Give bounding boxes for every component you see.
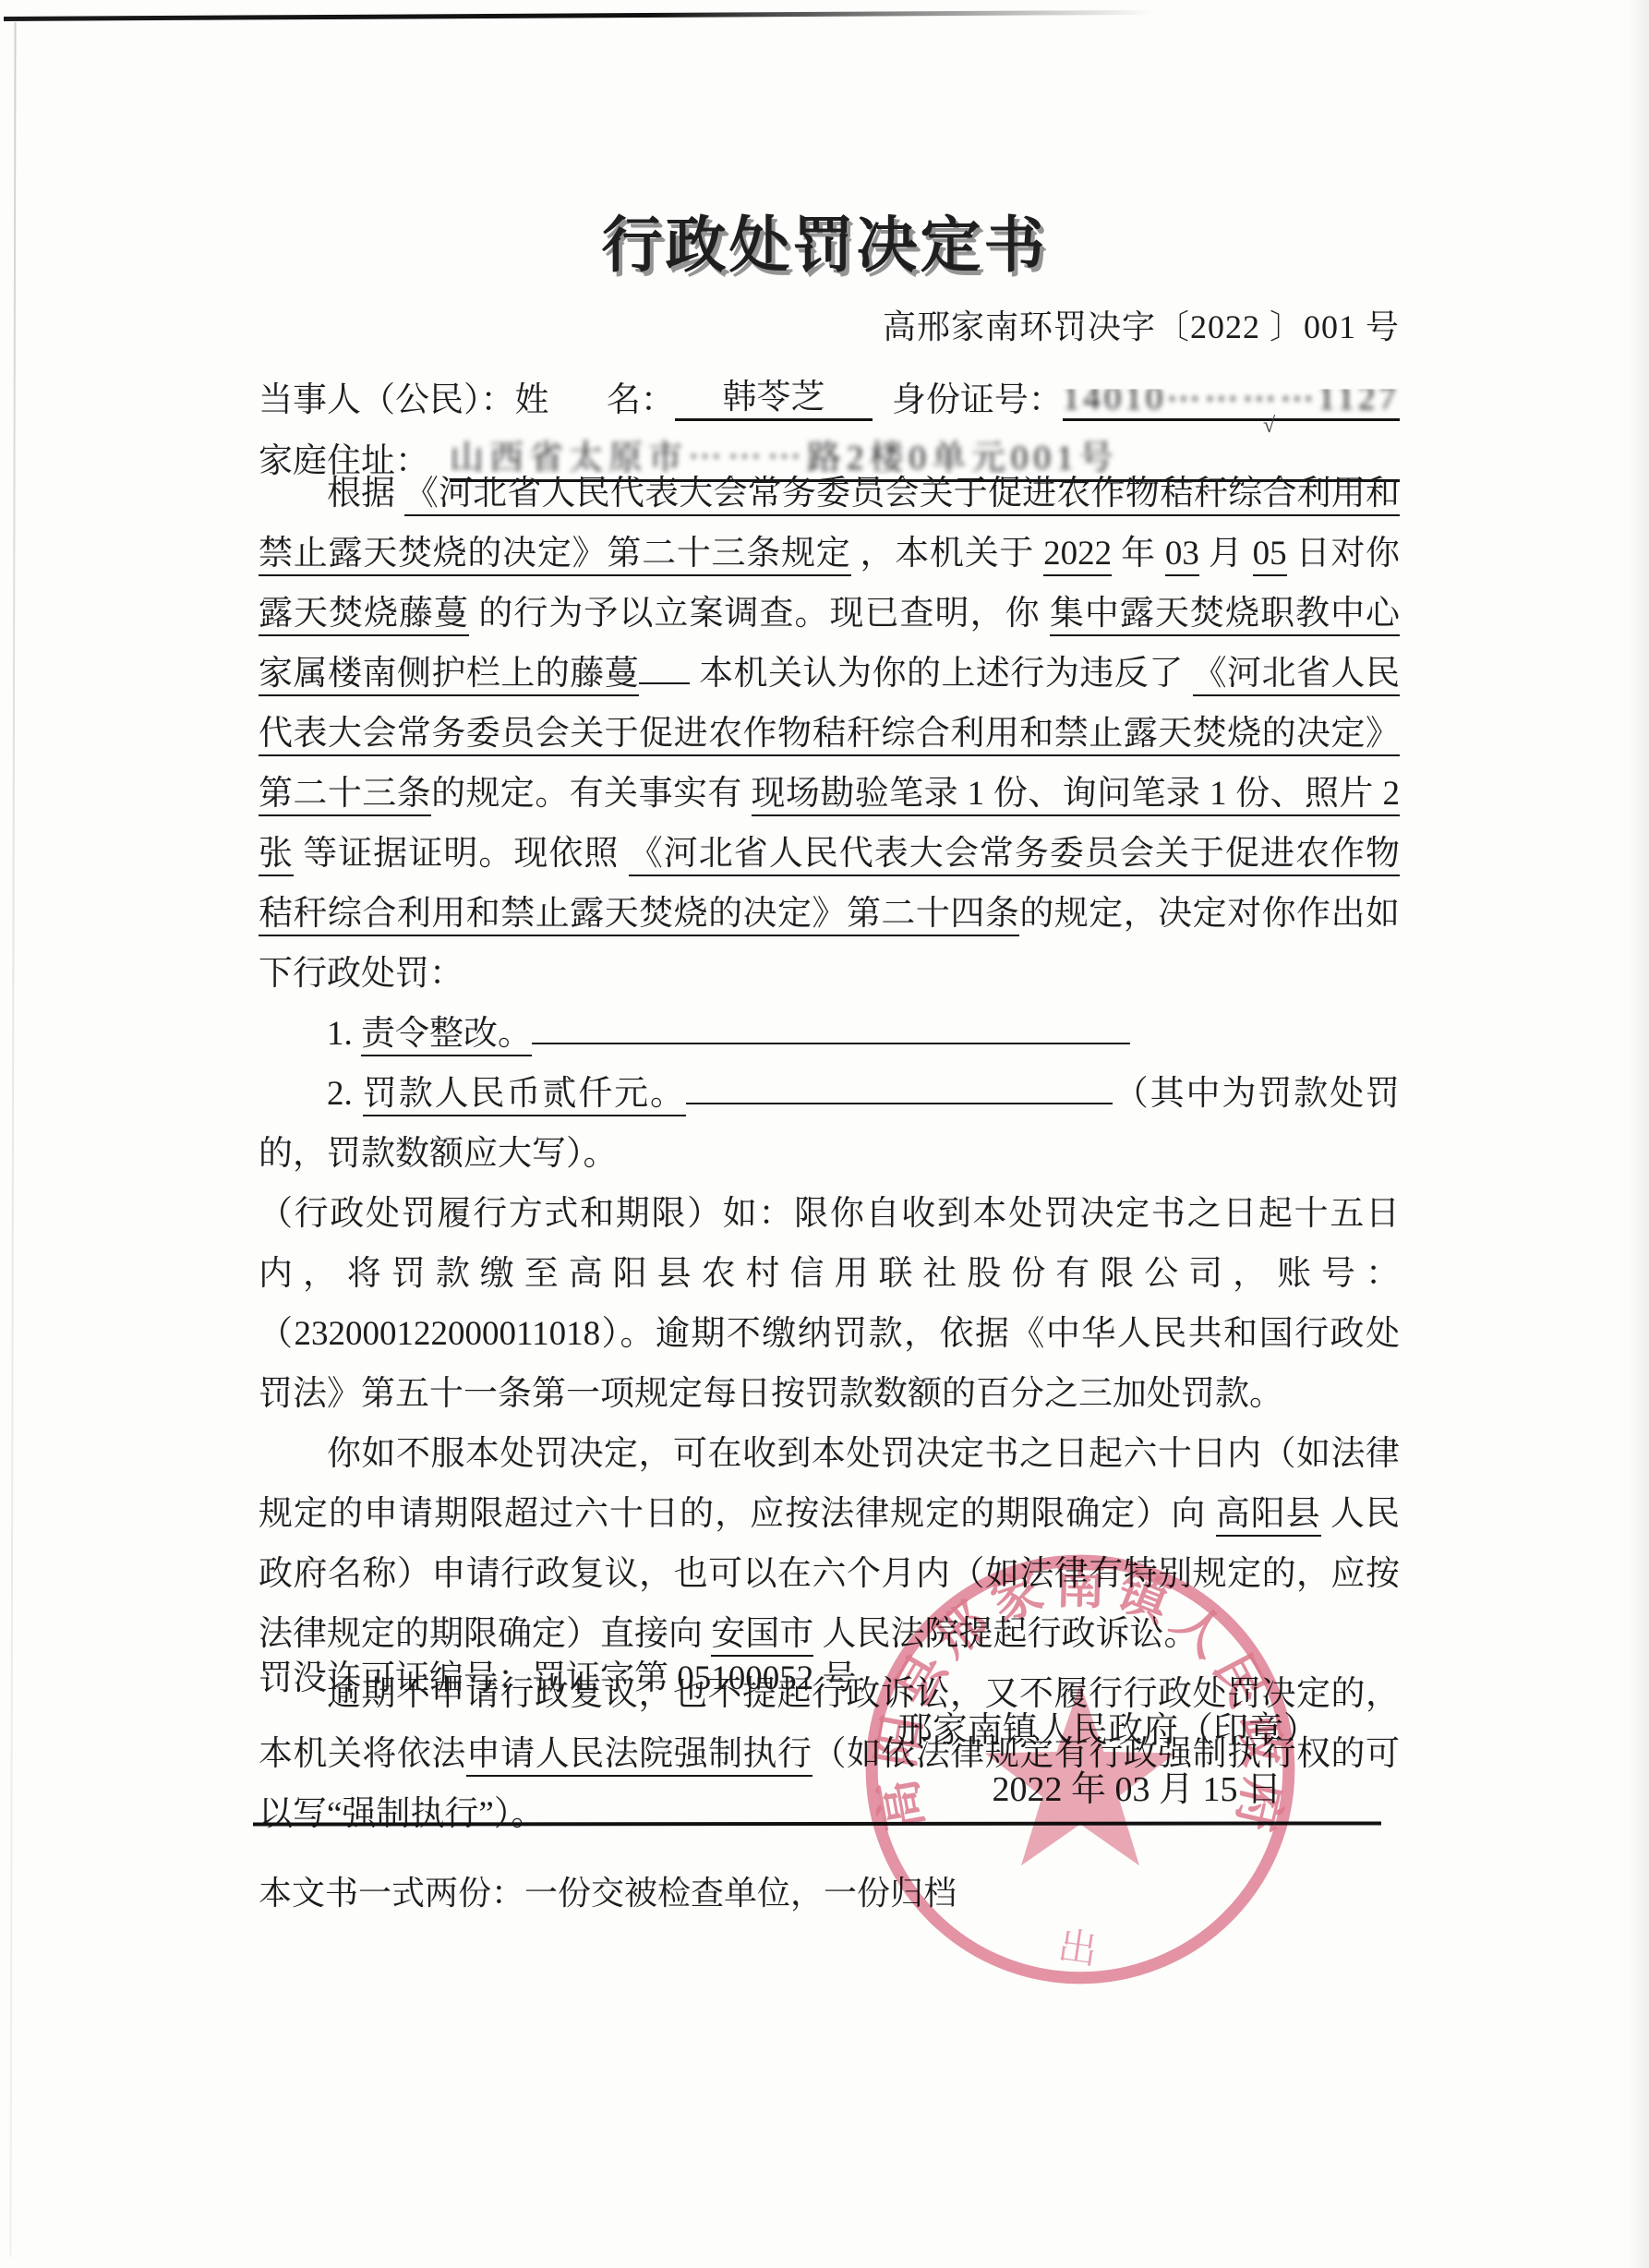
paragraph: 根据 《河北省人民代表大会常务委员会关于促进农作物秸秆综合利用和禁止露天焚烧的决…	[259, 464, 1400, 1004]
name-label: 名：	[607, 371, 675, 421]
body-text: 月	[1199, 535, 1253, 573]
body-text: 的行为予以立案调查。现已查明，你	[469, 595, 1050, 633]
body-flow: 根据 《河北省人民代表大会常务委员会关于促进农作物秸秆综合利用和禁止露天焚烧的决…	[259, 464, 1400, 1844]
permit-number-line: 罚没许可证编号：罚证字第 05100052 号	[259, 1649, 857, 1699]
filled-blank-text: 露天焚烧藤蔓	[259, 595, 469, 636]
document-title: 行政处罚决定书	[0, 196, 1649, 283]
id-number-field: 14010⋯⋯⋯⋯1127	[1063, 378, 1400, 421]
signature-unit-text: 邢家南镇人民政府（印章）	[897, 1711, 1318, 1750]
scanned-document-page: 行政处罚决定书 高邢家南环罚决字〔2022 〕001 号 当事人（公民）：姓 名…	[0, 0, 1649, 2268]
filled-blank-text: 05	[1253, 535, 1287, 576]
paragraph: 2. 罚款人民币贰仟元。（其中为罚款处罚的，罚款数额应大写）。	[259, 1064, 1400, 1184]
filled-blank-text: 2022	[1043, 535, 1112, 576]
body-text: 等证据证明。现依照	[294, 835, 629, 873]
signature-unit-line: 邢家南镇人民政府（印章）	[259, 1701, 1400, 1752]
body-text: 本机关认为你的上述行为违反了	[690, 655, 1192, 693]
body-text: 的规定。有关事实有	[431, 775, 751, 813]
footer-note: 本文书一式两份：一份交被检查单位，一份归档	[259, 1867, 957, 1914]
paragraph: （行政处罚履行方式和期限）如：限你自收到本处罚决定书之日起十五日内，将罚款缴至高…	[259, 1184, 1400, 1424]
scan-edge-right	[1627, 0, 1649, 2268]
blank-underline	[639, 645, 690, 684]
scan-edge-left	[9, 22, 16, 2257]
body-text: 年	[1112, 535, 1165, 573]
body-text: 人民法院提起行政诉讼。	[813, 1615, 1198, 1653]
filled-blank-text: 高阳县	[1216, 1495, 1321, 1537]
name-value: 韩苓芝	[722, 379, 824, 416]
signature-date-text: 2022 年 03 月 15 日	[992, 1770, 1282, 1809]
blank-underline	[532, 1005, 1130, 1044]
party-name-row: 当事人（公民）：姓 名： 韩苓芝 身份证号： 14010⋯⋯⋯⋯1127	[259, 360, 1400, 421]
document-number: 高邢家南环罚决字〔2022 〕001 号	[249, 301, 1400, 348]
paragraph: 你如不服本处罚决定，可在收到本处罚决定书之日起六十日内（如法律规定的申请期限超过…	[259, 1424, 1400, 1664]
checkmark-artifact: √	[1263, 414, 1275, 439]
id-label: 身份证号：	[892, 371, 1063, 421]
body-text: 日对你	[1287, 535, 1400, 573]
seal-bottom-glyph: 出	[1055, 1924, 1100, 1972]
filled-blank-text: 03	[1165, 535, 1199, 576]
signature-date-line: 2022 年 03 月 15 日	[259, 1760, 1400, 1811]
scan-edge-top	[4, 10, 1176, 21]
paragraph: 1. 责令整改。	[259, 1004, 1400, 1064]
id-number-redacted: 14010⋯⋯⋯⋯1127	[1063, 378, 1400, 418]
body-text: 根据	[327, 475, 404, 513]
party-label: 当事人（公民）：姓	[259, 371, 549, 421]
filled-blank-text: 责令整改。	[361, 1015, 532, 1056]
name-field: 韩苓芝	[675, 368, 873, 421]
blank-underline	[686, 1065, 1113, 1104]
body-text: ，本机关于	[851, 535, 1044, 573]
filled-blank-text: 罚款人民币贰仟元。	[363, 1075, 686, 1116]
body-text: （行政处罚履行方式和期限）如：限你自收到本处罚决定书之日起十五日内，将罚款缴至高…	[259, 1195, 1400, 1413]
